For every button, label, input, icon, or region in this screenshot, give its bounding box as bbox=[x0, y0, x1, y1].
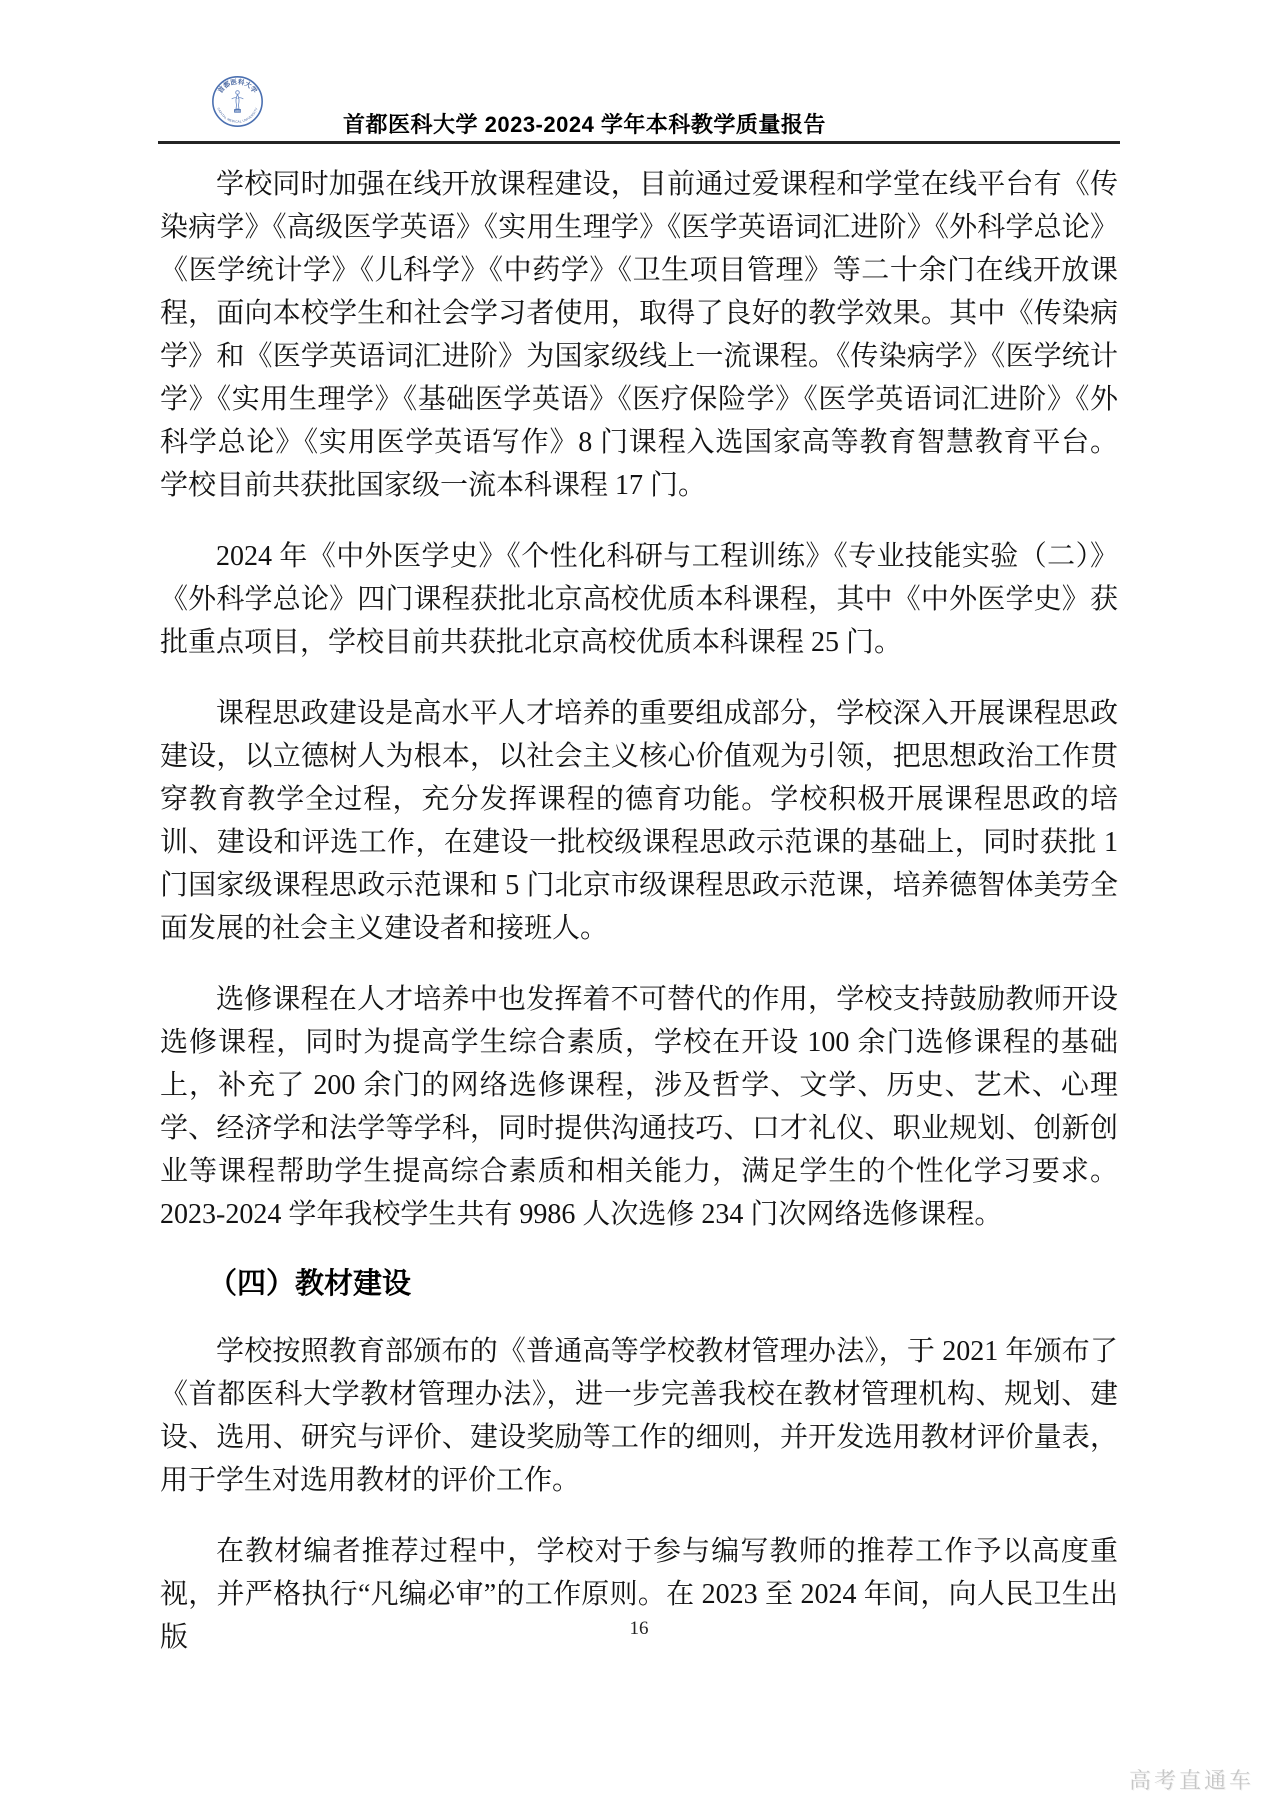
seal-year: 1960 bbox=[235, 109, 241, 113]
report-body: 学校同时加强在线开放课程建设，目前通过爱课程和学堂在线平台有《传染病学》《高级医… bbox=[160, 163, 1118, 1659]
paragraph-textbook-management: 学校按照教育部颁布的《普通高等学校教材管理办法》，于 2021 年颁布了《首都医… bbox=[160, 1330, 1118, 1502]
page-number: 16 bbox=[160, 1618, 1118, 1640]
paragraph-ideological-education: 课程思政建设是高水平人才培养的重要组成部分，学校深入开展课程思政建设，以立德树人… bbox=[160, 692, 1118, 950]
document-page: 首都医科大学 CAPITAL MEDICAL UNIVERSITY 1960 首… bbox=[0, 0, 1280, 1810]
watermark: 高考直通车 bbox=[1129, 1764, 1254, 1795]
header-divider bbox=[158, 141, 1120, 144]
paragraph-beijing-quality-courses: 2024 年《中外医学史》《个性化科研与工程训练》《专业技能实验（二）》《外科学… bbox=[160, 535, 1118, 664]
paragraph-online-courses: 学校同时加强在线开放课程建设，目前通过爱课程和学堂在线平台有《传染病学》《高级医… bbox=[160, 163, 1118, 507]
university-seal-logo: 首都医科大学 CAPITAL MEDICAL UNIVERSITY 1960 bbox=[211, 71, 264, 132]
paragraph-elective-courses: 选修课程在人才培养中也发挥着不可替代的作用，学校支持鼓励教师开设选修课程，同时为… bbox=[160, 978, 1118, 1236]
section-heading-textbook: （四）教材建设 bbox=[160, 1264, 1118, 1304]
report-title: 首都医科大学 2023-2024 学年本科教学质量报告 bbox=[343, 108, 826, 139]
